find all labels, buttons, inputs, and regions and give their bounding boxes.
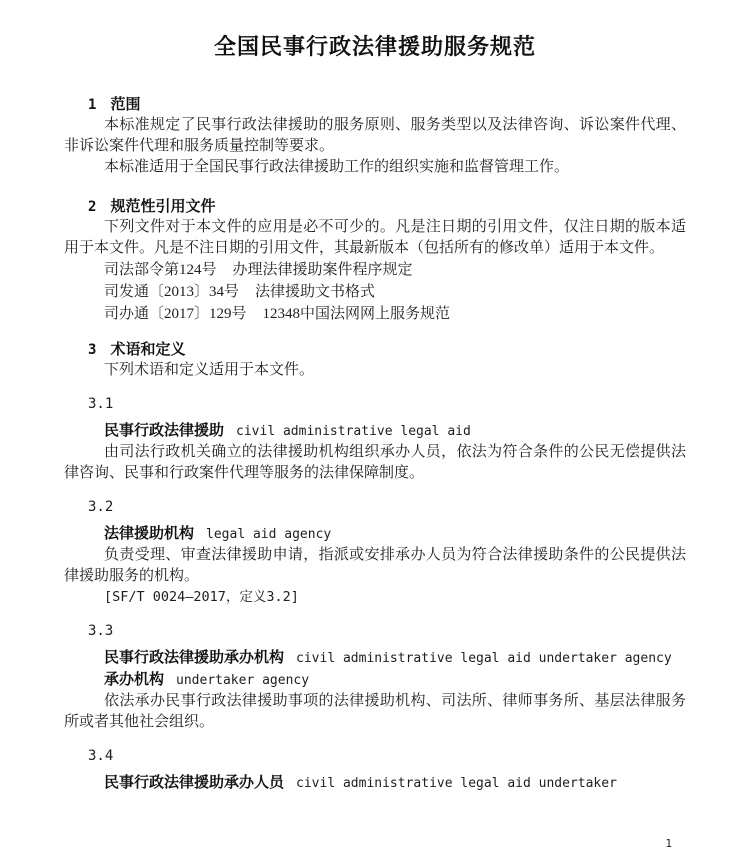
term-3-2-number: 3.2: [64, 497, 686, 517]
term-3-3-definition: 依法承办民事行政法律援助事项的法律援助机构、司法所、律师事务所、基层法律服务所或…: [64, 691, 686, 733]
section-1-paragraph-1: 本标准规定了民事行政法律援助的服务原则、服务类型以及法律咨询、诉讼案件代理、非诉…: [64, 115, 686, 157]
term-3-2-definition: 负责受理、审查法律援助申请，指派或安排承办人员为符合法律援助条件的公民提供法律援…: [64, 545, 686, 587]
term-3-3-zh: 民事行政法律援助承办机构: [104, 649, 284, 666]
reference-item-1: 司法部令第124号办理法律援助案件程序规定: [64, 259, 686, 281]
section-1-heading-text: 范围: [110, 96, 140, 113]
term-3-2-zh: 法律援助机构: [104, 525, 194, 542]
term-3-4-number: 3.4: [64, 746, 686, 766]
section-2-heading-text: 规范性引用文件: [110, 198, 215, 215]
page-number: 1: [665, 833, 672, 854]
term-3-3-name: 民事行政法律援助承办机构civil administrative legal a…: [64, 647, 686, 669]
section-3-heading: 3术语和定义: [64, 340, 686, 360]
section-3-heading-text: 术语和定义: [110, 341, 185, 358]
term-3-1-definition: 由司法行政机关确立的法律援助机构组织承办人员，依法为符合条件的公民无偿提供法律咨…: [64, 442, 686, 484]
section-1-heading: 1范围: [64, 95, 686, 115]
term-3-2-source: [SF/T 0024—2017，定义3.2]: [64, 587, 686, 608]
reference-3-code: 司办通〔2017〕129号: [104, 306, 247, 322]
term-3-2-en: legal aid agency: [206, 527, 331, 542]
section-3-number: 3: [88, 342, 96, 358]
term-3-1-zh: 民事行政法律援助: [104, 422, 224, 439]
section-2-number: 2: [88, 199, 96, 215]
term-3-4-name: 民事行政法律援助承办人员civil administrative legal a…: [64, 772, 686, 794]
term-3-4-en: civil administrative legal aid undertake…: [296, 776, 617, 791]
term-3-3-alias: 承办机构undertaker agency: [64, 669, 686, 691]
reference-1-code: 司法部令第124号: [104, 262, 217, 278]
document-page: 全国民事行政法律援助服务规范 1范围 本标准规定了民事行政法律援助的服务原则、服…: [0, 0, 750, 859]
term-3-3-en: civil administrative legal aid undertake…: [296, 651, 672, 666]
term-3-4-zh: 民事行政法律援助承办人员: [104, 774, 284, 791]
term-3-3-alias-en: undertaker agency: [176, 673, 309, 688]
term-3-1-number: 3.1: [64, 394, 686, 414]
term-3-2-name: 法律援助机构legal aid agency: [64, 523, 686, 545]
term-3-3-alias-zh: 承办机构: [104, 671, 164, 688]
term-3-1-en: civil administrative legal aid: [236, 424, 471, 439]
section-1-number: 1: [88, 97, 96, 113]
reference-1-title: 办理法律援助案件程序规定: [233, 262, 413, 278]
section-2-paragraph-1: 下列文件对于本文件的应用是必不可少的。凡是注日期的引用文件，仅注日期的版本适用于…: [64, 217, 686, 259]
reference-2-code: 司发通〔2013〕34号: [104, 284, 239, 300]
section-3-intro: 下列术语和定义适用于本文件。: [64, 360, 686, 381]
reference-3-title: 12348中国法网网上服务规范: [263, 306, 451, 322]
reference-item-3: 司办通〔2017〕129号12348中国法网网上服务规范: [64, 303, 686, 325]
reference-2-title: 法律援助文书格式: [255, 284, 375, 300]
term-3-3-number: 3.3: [64, 621, 686, 641]
section-2-heading: 2规范性引用文件: [64, 197, 686, 217]
document-title: 全国民事行政法律援助服务规范: [64, 33, 686, 61]
term-3-1-name: 民事行政法律援助civil administrative legal aid: [64, 420, 686, 442]
section-1-paragraph-2: 本标准适用于全国民事行政法律援助工作的组织实施和监督管理工作。: [64, 157, 686, 178]
reference-item-2: 司发通〔2013〕34号法律援助文书格式: [64, 281, 686, 303]
